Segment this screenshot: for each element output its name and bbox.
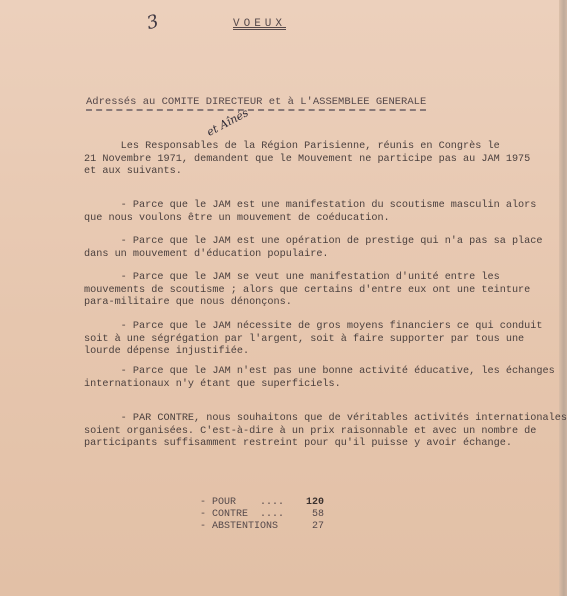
document-title: VOEUX — [233, 18, 286, 30]
scan-edge — [559, 0, 567, 596]
vote-label: - CONTRE .... — [200, 509, 300, 521]
counter-proposal-paragraph: - PAR CONTRE, nous souhaitons que de vér… — [84, 413, 554, 451]
reason-paragraph-4: - Parce que le JAM nécessite de gros moy… — [84, 321, 554, 359]
reason-paragraph-3: - Parce que le JAM se veut une manifesta… — [84, 272, 554, 310]
vote-row-contre: - CONTRE .... 58 — [200, 509, 324, 521]
reason-paragraph-1: - Parce que le JAM est une manifestation… — [84, 200, 554, 225]
addressed-to-line: Adressés au COMITE DIRECTEUR et à L'ASSE… — [86, 96, 426, 111]
handwritten-page-number: 3 — [144, 11, 160, 34]
vote-row-abstentions: - ABSTENTIONS 27 — [200, 521, 324, 533]
reason-paragraph-2: - Parce que le JAM est une opération de … — [84, 236, 554, 261]
vote-count: 58 — [300, 509, 324, 521]
intro-paragraph: Les Responsables de la Région Parisienne… — [84, 141, 554, 179]
vote-count: 27 — [300, 521, 324, 533]
handwritten-insertion: et Aînés — [205, 106, 251, 139]
vote-label: - POUR .... — [200, 497, 300, 509]
vote-row-pour: - POUR .... 120 — [200, 497, 324, 509]
scanned-page: 3 VOEUX Adressés au COMITE DIRECTEUR et … — [0, 0, 567, 596]
vote-results: - POUR .... 120 - CONTRE .... 58 - ABSTE… — [200, 497, 324, 533]
vote-count: 120 — [300, 497, 324, 509]
vote-label: - ABSTENTIONS — [200, 521, 300, 533]
reason-paragraph-5: - Parce que le JAM n'est pas une bonne a… — [84, 366, 554, 391]
